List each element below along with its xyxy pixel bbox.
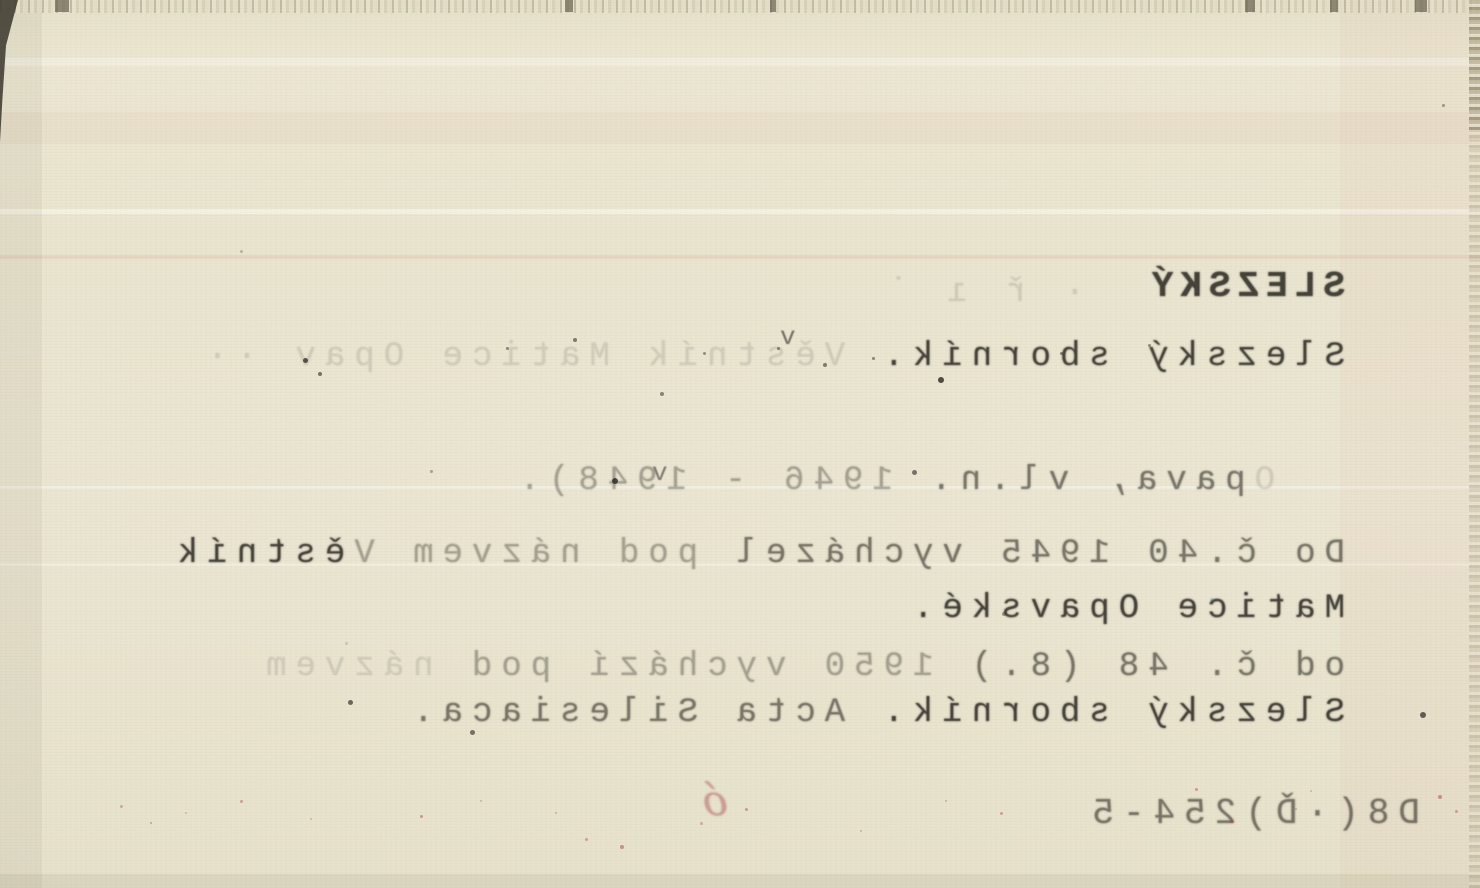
scanner-band-dash — [770, 0, 776, 12]
text-segment: Matice Opavské. — [904, 590, 1345, 628]
scanner-band-dash — [1415, 0, 1427, 12]
text-segment: Do č.40 1945 vycházel — [698, 535, 1345, 573]
typed-line-note-2: Matice Opavské. — [904, 590, 1345, 628]
call-number: D8(·Ď)254-5 — [1083, 793, 1420, 834]
text-segment-faded: O — [1246, 462, 1275, 500]
scanned-card-page: { "card": { "heading": { "text": "SLEZSK… — [0, 0, 1480, 888]
typed-line-note-1: Do č.40 1945 vycházel pod názvem Věstník — [169, 535, 1345, 573]
typed-line-imprint: Opava, vl.n. 1946 - 1948). — [511, 462, 1276, 500]
text-segment: 1946 - 1948). — [511, 462, 893, 500]
red-pencil-mark: ó — [701, 776, 728, 825]
text-segment: Acta Silesiaca. — [404, 694, 845, 732]
text-segment: 1950 vychází pod — [433, 648, 933, 686]
scanner-band-dash — [565, 0, 573, 12]
typed-line-note-4: Slezský sborník. Acta Silesiaca. — [404, 694, 1345, 732]
mirrored-typescript: SLEZSKÝ · ř ı ˙ Slezský sborník. Věstník… — [0, 0, 1480, 888]
text-segment: Slezský sborník. — [875, 338, 1345, 376]
scanner-band-dash — [1330, 0, 1338, 12]
typed-line-title: Slezský sborník. Věstník Matice Opav ·· — [198, 338, 1345, 376]
text-segment-faded: názvem — [257, 648, 433, 686]
text-segment-faded: Věstník Matice Opav ·· — [198, 338, 874, 376]
scanner-band-dash — [1245, 0, 1255, 12]
text-segment: pava, vl.n. — [893, 462, 1246, 500]
scanner-band-dash — [55, 0, 69, 12]
text-segment: ěstník — [169, 535, 345, 573]
text-segment: od č. 48 (8.) — [933, 648, 1345, 686]
typed-line-note-3: od č. 48 (8.) 1950 vychází pod názvem — [257, 648, 1345, 686]
card-heading: SLEZSKÝ — [1145, 266, 1345, 307]
text-segment: Slezský sborník. — [845, 694, 1345, 732]
text-segment: pod názvem V — [345, 535, 698, 573]
heading-ghost-marks: · ř ı ˙ — [879, 274, 1085, 312]
